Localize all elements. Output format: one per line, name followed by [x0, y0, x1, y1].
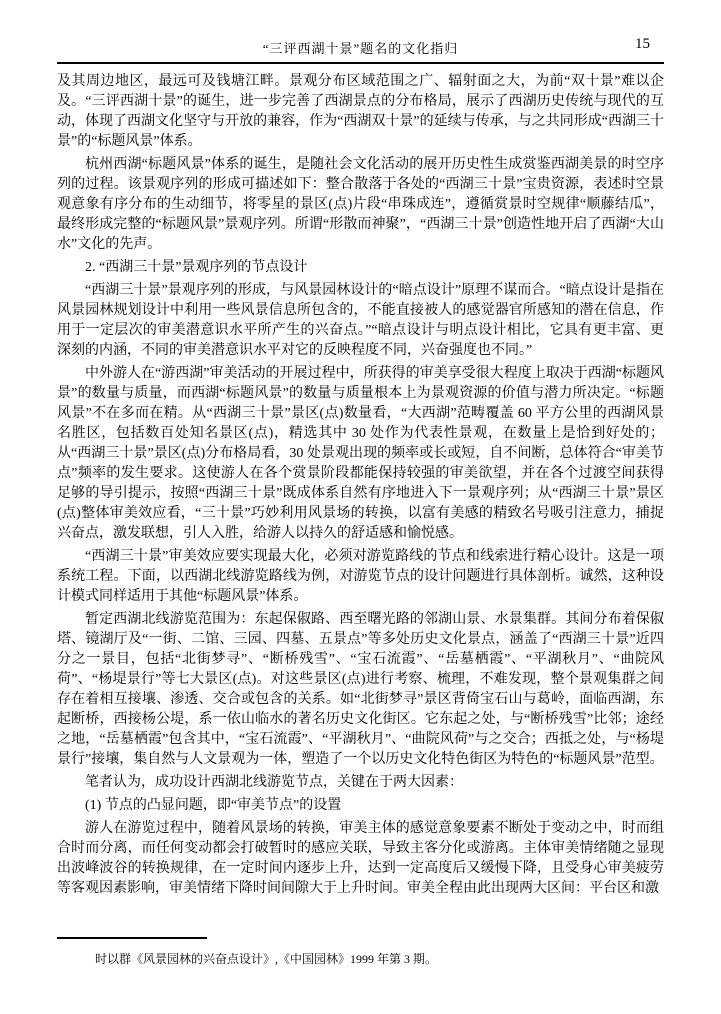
paragraph: 笔者认为，成功设计西湖北线游览节点，关键在于两大因素： — [57, 773, 664, 793]
paragraph: “西湖三十景”景观序列的形成，与风景园林设计的“暗点设计”原理不谋而合。“暗点设… — [57, 281, 664, 361]
article-body: 及其周边地区，最远可及钱塘江畔。景观分布区域范围之广、辐射面之大，为前“双十景”… — [57, 72, 664, 902]
paragraph: 游人在游览过程中，随着风景场的转换，审美主体的感觉意象要素不断处于变动之中，时而… — [57, 819, 664, 899]
paragraph: 暂定西湖北线游览范围为：东起保俶路、西至曙光路的邻湖山景、水景集群。其间分布着保… — [57, 610, 664, 770]
footnote-separator — [57, 937, 207, 939]
footnote: 时以群《风景园林的兴奋点设计》,《中国园林》1999 年第 3 期。 — [95, 951, 664, 967]
header-rule — [57, 62, 664, 64]
paragraph: (1) 节点的凸显问题，即“审美节点”的设置 — [57, 796, 664, 816]
paragraph: 杭州西湖“标题风景”体系的诞生，是随社会文化活动的展开历史性生成赏鉴西湖美景的时… — [57, 155, 664, 255]
document-page: “三评西湖十景”题名的文化指归 15 及其周边地区，最远可及钱塘江畔。景观分布区… — [0, 0, 721, 1014]
running-title: “三评西湖十景”题名的文化指归 — [57, 38, 664, 57]
paragraph: 中外游人在“游西湖”审美活动的开展过程中，所获得的审美享受很大程度上取决于西湖“… — [57, 364, 664, 544]
section-heading: 2. “西湖三十景”景观序列的节点设计 — [57, 258, 664, 278]
paragraph: “西湖三十景”审美效应要实现最大化，必须对游览路线的节点和线索进行精心设计。这是… — [57, 547, 664, 607]
page-header: “三评西湖十景”题名的文化指归 15 — [57, 36, 664, 56]
page-number: 15 — [635, 36, 650, 53]
paragraph: 及其周边地区，最远可及钱塘江畔。景观分布区域范围之广、辐射面之大，为前“双十景”… — [57, 72, 664, 152]
